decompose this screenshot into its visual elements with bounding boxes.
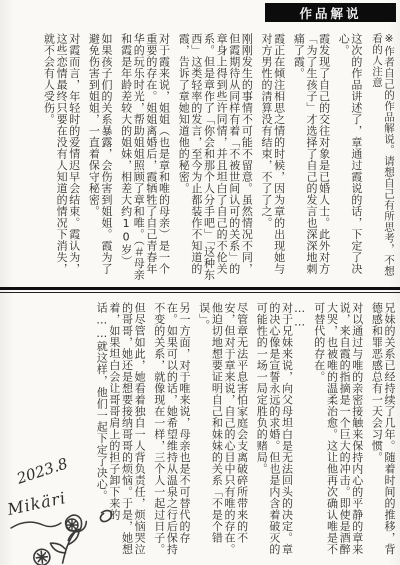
paragraph: 对于兄妹来说，向父母坦白是无法回头的决定。章的决心像是宣誓永远的求婚。但也是内含… bbox=[255, 302, 293, 558]
signature-date: 2023.8 bbox=[15, 454, 70, 487]
top-text-block: ※作者自己的作品解说。请想自己有所思考，不想看的人注意 这次的作品讲述了，章通过… bbox=[42, 33, 395, 285]
ellipsis-line: …… bbox=[293, 302, 306, 558]
paragraph: 对霞而言，年轻时的爱情迟早会结束。霞认为，这些恋情最终只要在没有人知道的情况下消… bbox=[42, 33, 80, 285]
page-title-bar: 作品解说 bbox=[265, 3, 396, 22]
author-note: ※作者自己的作品解说。请想自己有所思考，不想看的人注意 bbox=[371, 33, 395, 285]
page-title: 作品解说 bbox=[299, 4, 361, 22]
paragraph: 另一方面，对于唯来说，母亲也是不可替代的存在。如果可以的话，她希望维持从温泉之行… bbox=[152, 302, 190, 558]
paragraph: 对以通过与唯的亲密接触来保持内心的平静的章来说，来自霞的指摘是一个巨大的冲击。即… bbox=[312, 302, 363, 558]
paragraph: 刚刚发生的事情不可能不留意。虽然情况不同，但霞期待从同样有着「不被世间认可的关系… bbox=[177, 33, 253, 285]
paragraph: 尽管章无法平息害怕家庭会支离破碎所带来的不安，但对于章来说，自己的心目中只有唯的… bbox=[197, 302, 248, 558]
paragraph: 对于霞来说，姐姐（也是章和唯的母亲）是一个重要的存在。姐姐离婚后，霞牺牲了自己青… bbox=[119, 33, 170, 285]
commentary-page: 作品解说 ※作者自己的作品解说。请想自己有所思考，不想看的人注意 这次的作品讲述… bbox=[0, 0, 400, 565]
paragraph: 这次的作品讲述了，章通过霞说的话，下定了决心。 bbox=[337, 33, 362, 285]
paragraph: 霞正在倾注相思之情的时候，因为章的出现她与对方男性的清算没有结束，不了了之。 bbox=[259, 33, 284, 285]
divider-rule-thin bbox=[0, 292, 400, 293]
divider-rule-thick bbox=[0, 287, 400, 290]
paragraph: 霞发现了自己的交往对象是已婚人士。此外对方「为了生孩子」才选择了自己的发言也深深… bbox=[292, 33, 330, 285]
paragraph: 如果孩子们的关系暴露，会伤害到姐姐。霞为了避免伤害到姐姐，一直着保守秘密。 bbox=[87, 33, 112, 285]
section-divider bbox=[0, 287, 400, 293]
author-signature: 2023.8 Mikäri bbox=[4, 452, 134, 565]
paragraph: 兄妹的关系已经持续了几年。随着时间的推移，背德感和罪恶感总有一天会习惯。 bbox=[370, 302, 395, 558]
bottom-text-block: 兄妹的关系已经持续了几年。随着时间的推移，背德感和罪恶感总有一天会习惯。 对以通… bbox=[95, 302, 395, 558]
flower-doodle-icon bbox=[23, 505, 120, 565]
